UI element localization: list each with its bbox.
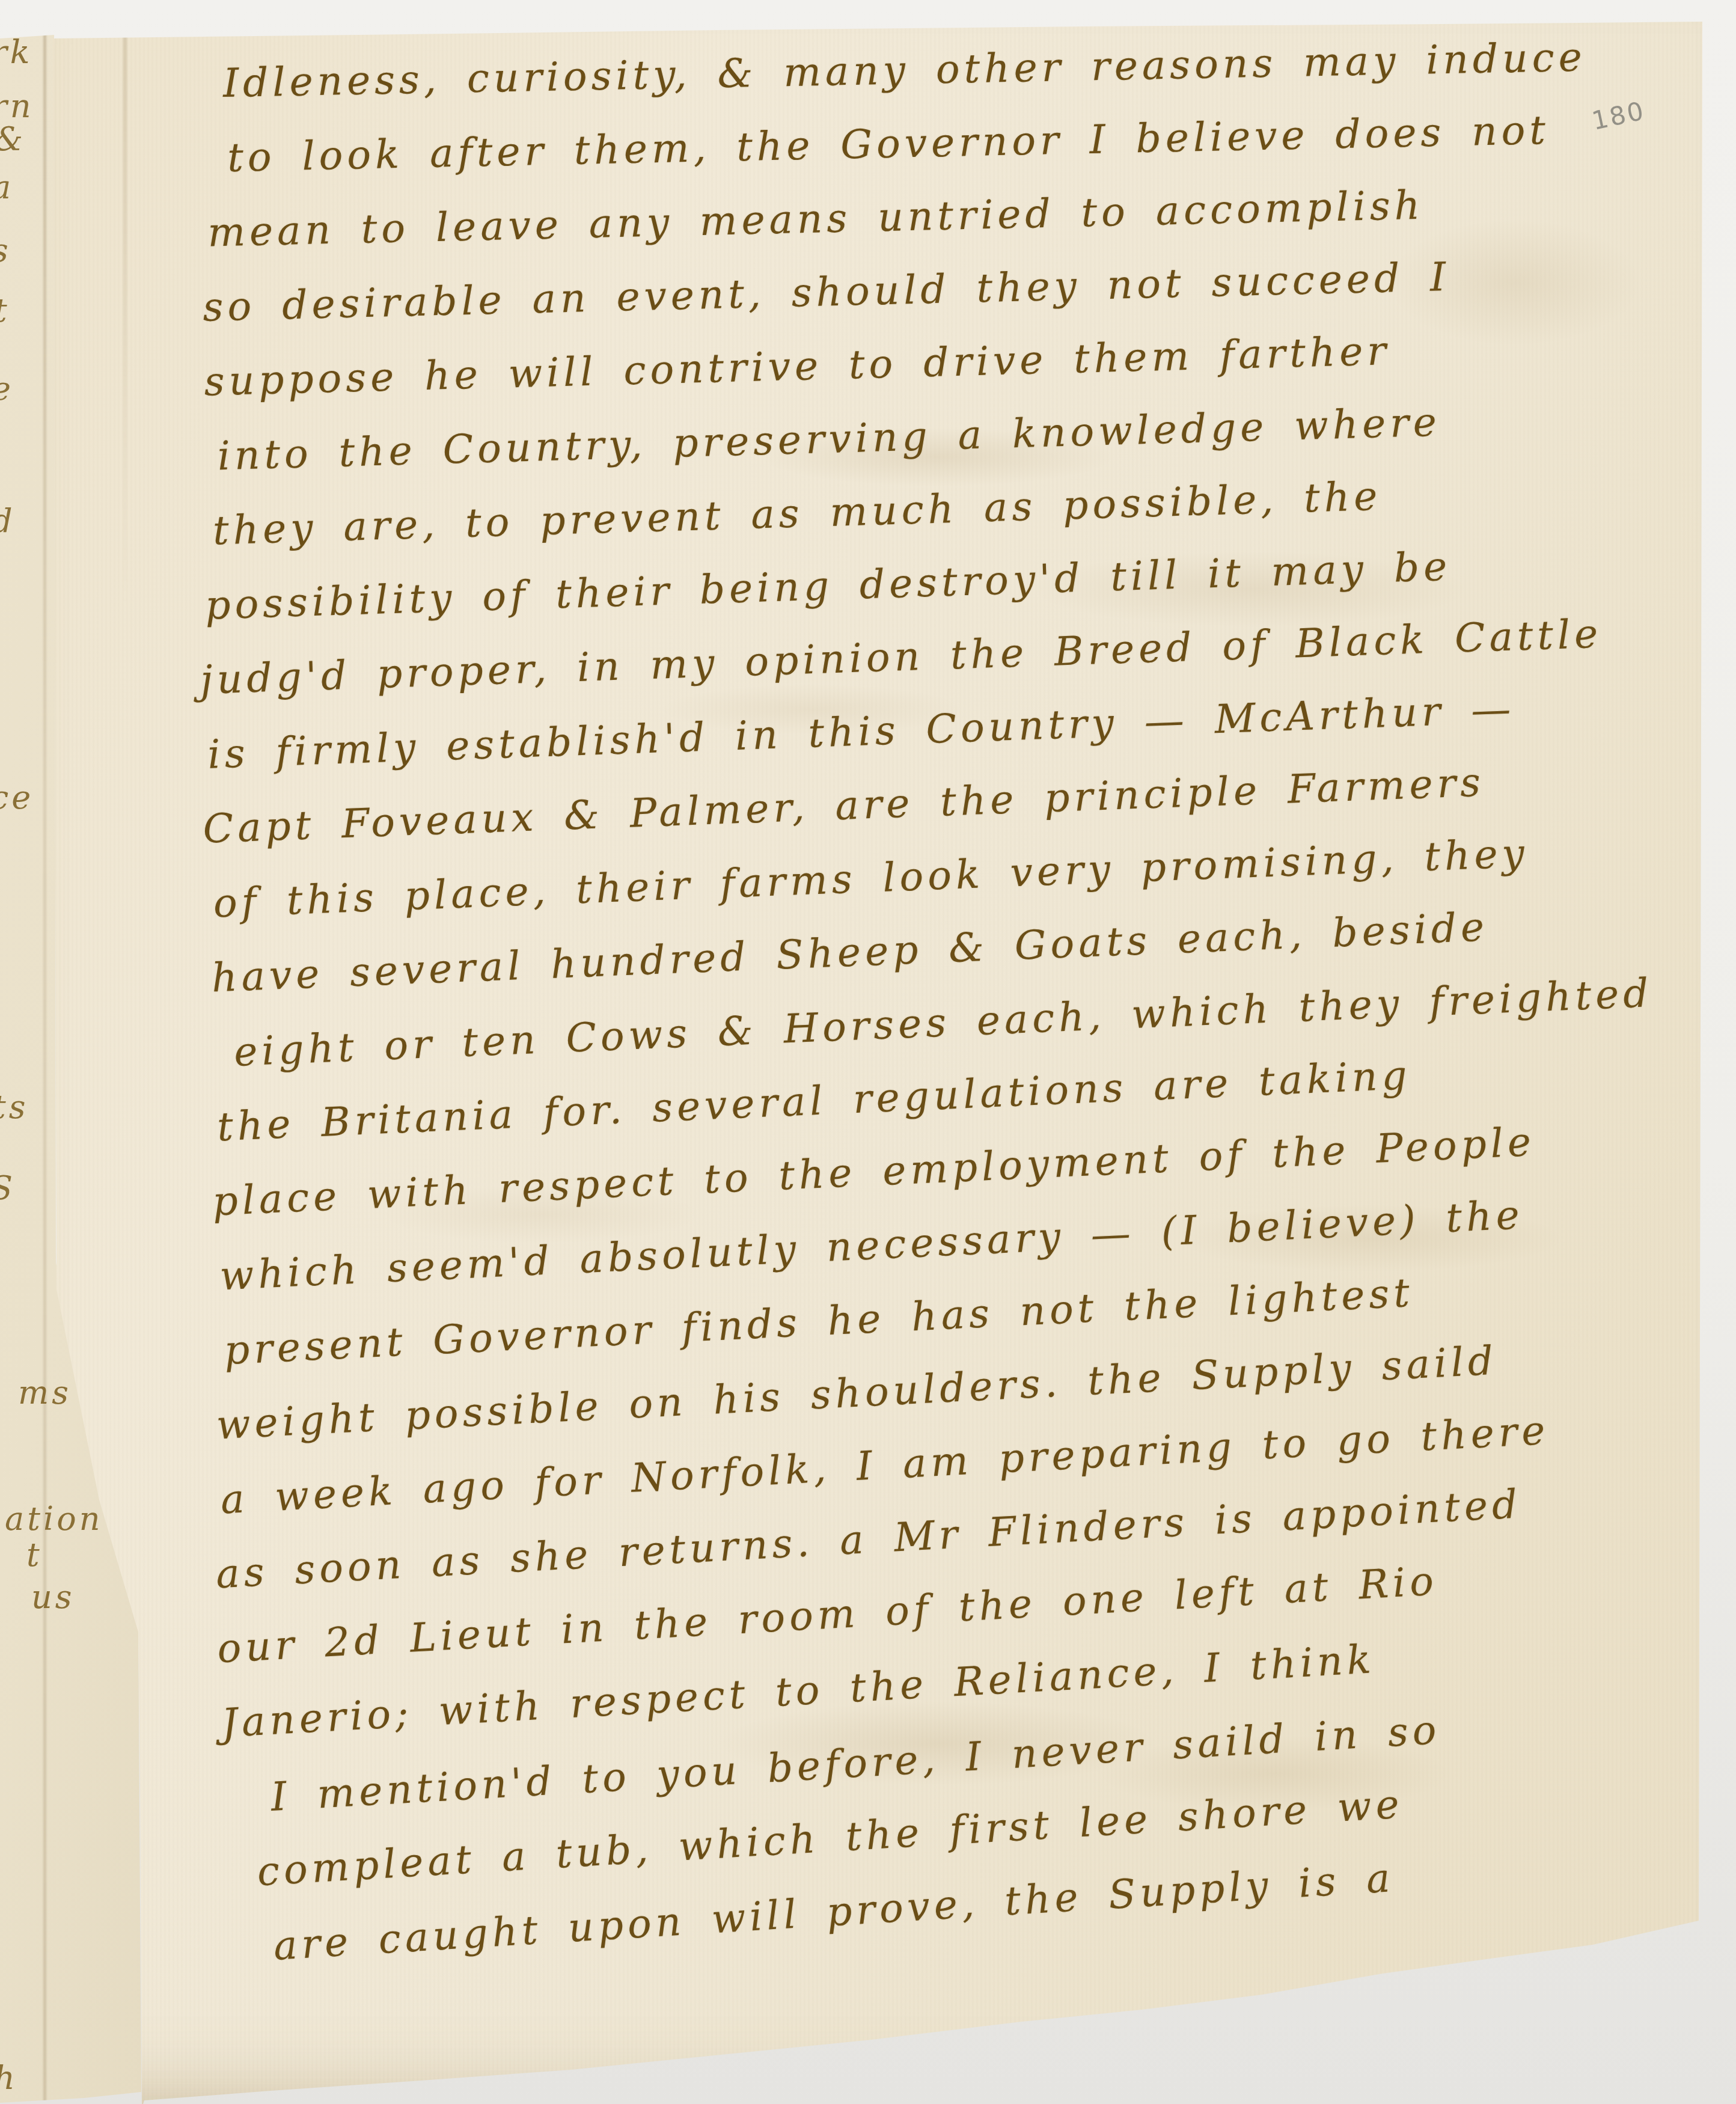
sheet-fold-crease	[123, 35, 127, 606]
margin-fragment: a	[0, 171, 14, 204]
margin-fragment: ation	[5, 1503, 103, 1535]
margin-fragment: rk	[0, 36, 33, 69]
margin-fragment: &	[0, 123, 26, 156]
letter-scan: rkrn&astedcetsSmsationtush 180 Idleness,…	[0, 0, 1736, 2104]
margin-fragment: ce	[0, 781, 34, 814]
fold-crease-icon	[43, 0, 46, 2104]
margin-fragment: S	[0, 1172, 16, 1205]
margin-fragment: e	[0, 373, 14, 405]
letter-sheet: 180 Idleness, curiosity, & many other re…	[0, 0, 1736, 2104]
margin-fragment: rn	[0, 90, 34, 123]
margin-fragment: us	[31, 1581, 75, 1613]
margin-fragment: ms	[18, 1377, 72, 1409]
margin-fragment: ts	[0, 1091, 28, 1124]
margin-fragment: h	[0, 2062, 18, 2094]
margin-fragment: d	[0, 505, 16, 537]
margin-fragment: s	[0, 234, 11, 267]
margin-fragment: t	[0, 295, 10, 327]
margin-fragment: t	[26, 1539, 43, 1571]
letter-body: Idleness, curiosity, & many other reason…	[189, 21, 1702, 1984]
